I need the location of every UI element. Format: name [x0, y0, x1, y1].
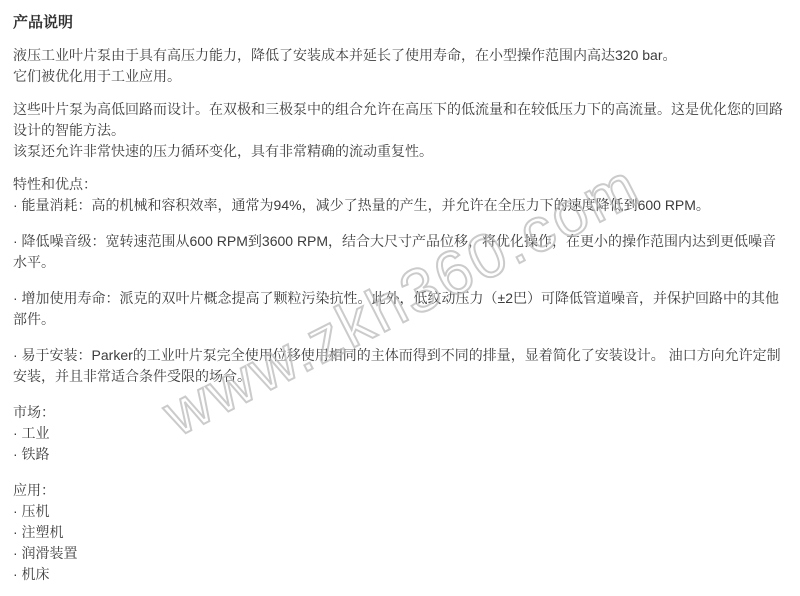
- feature-item-energy: · 能量消耗：高的机械和容积效率，通常为94%，减少了热量的产生，并允许在全压力…: [13, 195, 788, 216]
- application-item-machine-tool: · 机床: [13, 564, 788, 585]
- page-title: 产品说明: [13, 12, 788, 33]
- markets-heading: 市场：: [13, 402, 788, 423]
- features-heading: 特性和优点：: [13, 174, 788, 195]
- application-item-injection-molding: · 注塑机: [13, 522, 788, 543]
- markets-section: 市场： · 工业 · 铁路: [13, 402, 788, 465]
- product-description-page: www.zkh360.com 产品说明 液压工业叶片泵由于具有高压力能力，降低了…: [0, 0, 800, 596]
- intro-paragraph: 液压工业叶片泵由于具有高压力能力，降低了安装成本并延长了使用寿命，在小型操作范围…: [13, 45, 788, 87]
- applications-heading: 应用：: [13, 480, 788, 501]
- features-section: 特性和优点： · 能量消耗：高的机械和容积效率，通常为94%，减少了热量的产生，…: [13, 174, 788, 387]
- market-item-railway: · 铁路: [13, 444, 788, 465]
- feature-item-noise: · 降低噪音级：宽转速范围从600 RPM到3600 RPM，结合大尺寸产品位移…: [13, 231, 788, 273]
- market-item-industry: · 工业: [13, 423, 788, 444]
- design-paragraph: 这些叶片泵为高低回路而设计。在双极和三极泵中的组合允许在高压下的低流量和在较低压…: [13, 99, 788, 162]
- feature-item-lifetime: · 增加使用寿命：派克的双叶片概念提高了颗粒污染抗性。此外，低纹动压力（±2巴）…: [13, 288, 788, 330]
- applications-section: 应用： · 压机 · 注塑机 · 润滑装置 · 机床: [13, 480, 788, 585]
- feature-item-installation: · 易于安装：Parker的工业叶片泵完全使用位移使用相同的主体而得到不同的排量…: [13, 345, 788, 387]
- application-item-lubrication: · 润滑装置: [13, 543, 788, 564]
- application-item-press: · 压机: [13, 501, 788, 522]
